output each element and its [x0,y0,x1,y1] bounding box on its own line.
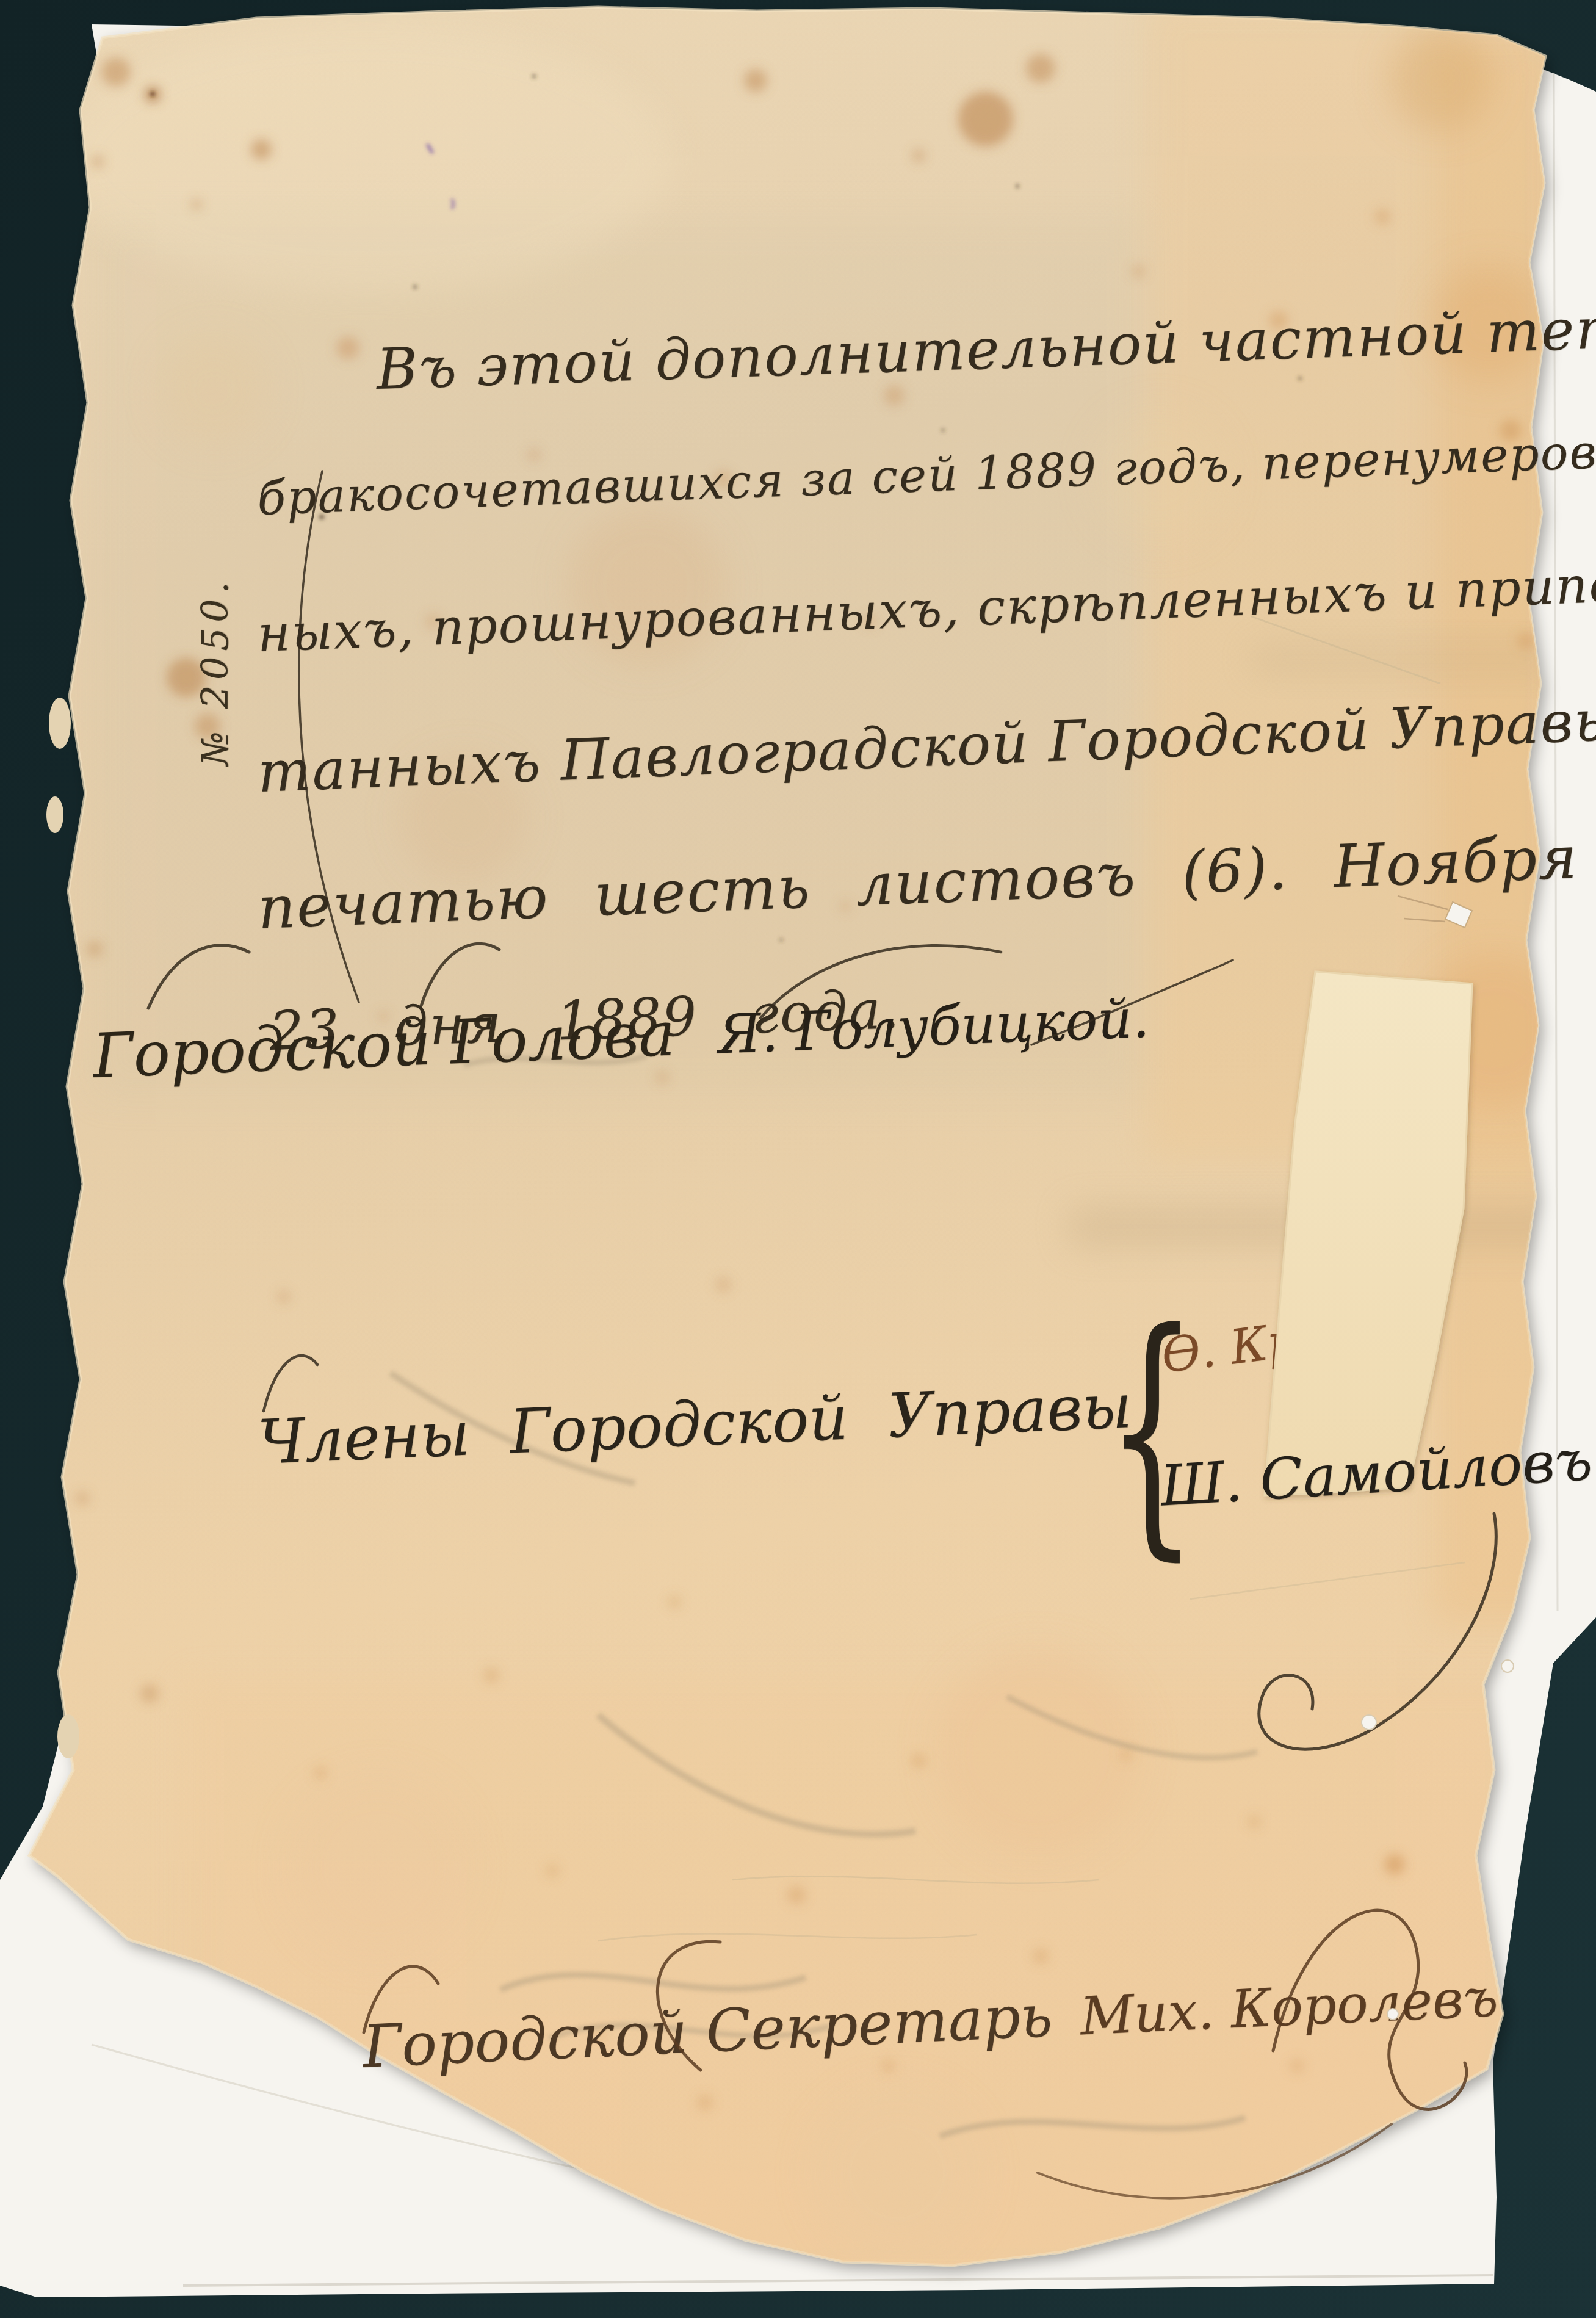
handwriting-layer: № 2050. Въ этой дополнительной частной т… [0,0,1596,2318]
body-line-5: печатью шесть листовъ (6). Ноября [256,823,1580,942]
body-line-3: ныхъ, прошнурованныхъ, скрѣпленныхъ и пр… [256,553,1596,663]
margin-number-note: № 2050. [194,576,237,766]
members-brace: { [1106,1299,1197,1561]
secretary-line: Городской СекретарьМих. Королевъ [361,1962,1500,2081]
secretary-title: Городской Секретарь [361,1982,1053,2081]
members-label: Члены Городской Управы [256,1370,1133,1478]
body-line-2: бракосочетавшихся за сей 1889 годъ, пере… [256,422,1596,525]
secretary-signature: Мих. Королевъ [1079,1968,1500,2048]
member-signature-samoylov: Ш. Самойловъ [1158,1428,1594,1519]
mayor-signature: Я. Голубицкой. [717,987,1150,1066]
body-line-1: Въ этой дополнительной частной тетради [375,291,1596,402]
scanned-document: Ѳ. Крюк № 2050. Въ этой дополнительной ч… [0,0,1596,2318]
mayor-title: Городской Голова [92,998,676,1092]
body-line-4: танныхъ Павлоградской Городской Управы [256,687,1596,805]
